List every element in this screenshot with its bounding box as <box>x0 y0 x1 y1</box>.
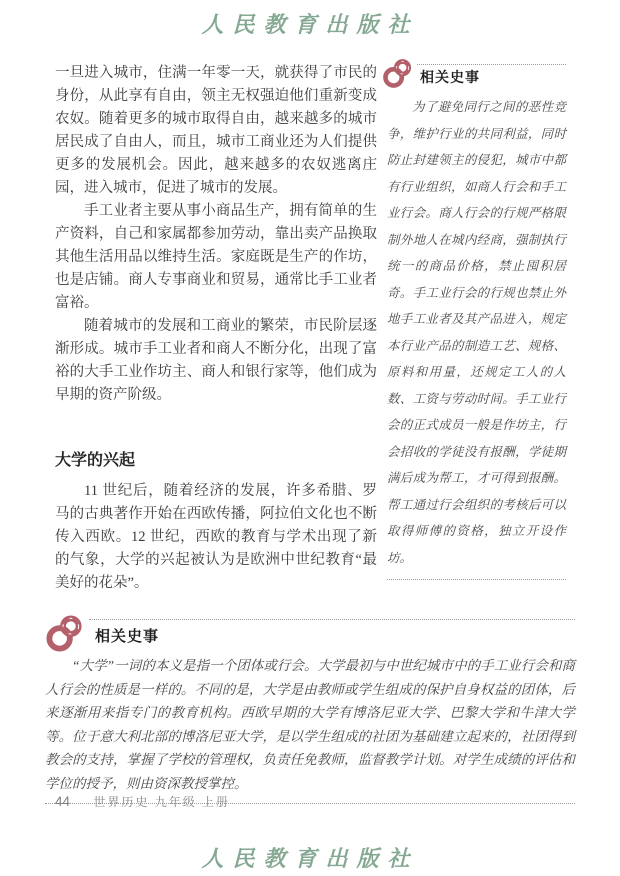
body-paragraph: 手工业者主要从事小商品生产，拥有简单的生产资料，自己和家属都参加劳动，靠出卖产品… <box>55 200 377 315</box>
dotted-rule <box>387 579 566 580</box>
body-paragraph: 随着城市的发展和工商业的繁荣，市民阶层逐渐形成。城市手工业者和商人不断分化，出现… <box>55 315 377 407</box>
related-history-bottom-header: 相关史事 <box>45 612 575 654</box>
section-heading-rise-of-universities: 大学的兴起 <box>55 449 377 472</box>
dotted-rule <box>417 64 566 65</box>
related-history-sidebar-text: 为了避免同行之间的恶性竞争，维护行业的共同利益，同时防止封建领主的侵犯，城市中都… <box>387 94 566 571</box>
publisher-logo-bottom: 人民教育出版社 <box>0 842 620 873</box>
related-history-seal-icon <box>382 58 413 89</box>
related-history-title: 相关史事 <box>420 67 480 87</box>
related-history-sidebar-header: 相关史事 <box>387 58 566 94</box>
related-history-bottom-text: “大学”一词的本义是指一个团体或行会。大学最初与中世纪城市中的手工业行会和商人行… <box>45 654 575 795</box>
page-number: 44 <box>55 794 70 809</box>
section-paragraph: 11 世纪后，随着经济的发展，许多希腊、罗马的古典著作开始在西欧传播，阿拉伯文化… <box>55 480 377 595</box>
related-history-seal-icon <box>45 614 84 653</box>
related-history-bottom-box: 相关史事 “大学”一词的本义是指一个团体或行会。大学最初与中世纪城市中的手工业行… <box>45 612 575 804</box>
body-paragraph: 一旦进入城市，住满一年零一天，就获得了市民的身份，从此享有自由，领主无权强迫他们… <box>55 62 377 200</box>
main-text-column: 一旦进入城市，住满一年零一天，就获得了市民的身份，从此享有自由，领主无权强迫他们… <box>55 62 377 595</box>
related-history-title: 相关史事 <box>95 625 159 646</box>
publisher-logo-top: 人民教育出版社 <box>0 8 620 39</box>
related-history-sidebar: 相关史事 为了避免同行之间的恶性竞争，维护行业的共同利益，同时防止封建领主的侵犯… <box>387 58 566 580</box>
page-footer: 44 世界历史 九年级 上册 <box>55 793 230 810</box>
dotted-rule <box>89 619 575 620</box>
book-title: 世界历史 九年级 上册 <box>93 795 230 809</box>
